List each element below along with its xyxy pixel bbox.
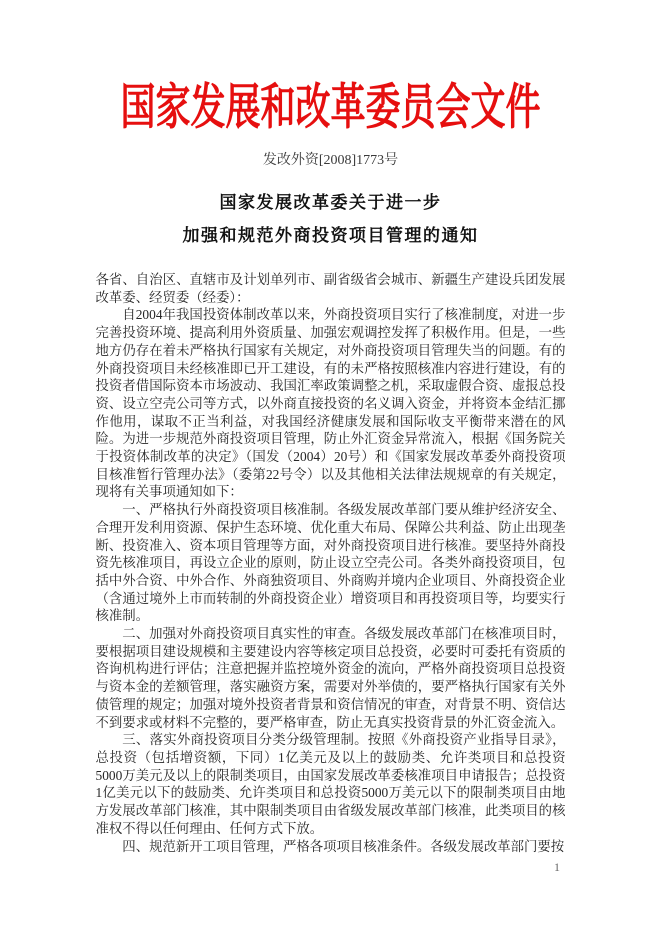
body-paragraph-item-3: 三、落实外商投资项目分类分级管理制。按照《外商投资产业指导目录》，总投资（包括增… xyxy=(96,731,566,837)
recipient-line: 各省、自治区、直辖市及计划单列市、副省级省会城市、新疆生产建设兵团发展改革委、经… xyxy=(96,271,566,306)
agency-letterhead-text: 国家发展和改革委员会文件 xyxy=(120,83,540,132)
document-title-line-1: 国家发展改革委关于进一步 xyxy=(0,186,661,219)
body-paragraph-item-2: 二、加强对外商投资项目真实性的审查。各级发展改革部门在核准项目时，要根据项目建设… xyxy=(96,625,566,731)
document-number: 发改外资[2008]1773号 xyxy=(0,152,661,170)
body-paragraph-item-1: 一、严格执行外商投资项目核准制。各级发展改革部门要从维护经济安全、合理开发利用资… xyxy=(96,501,566,625)
document-body: 各省、自治区、直辖市及计划单列市、副省级省会城市、新疆生产建设兵团发展改革委、经… xyxy=(96,271,566,855)
document-title-line-2: 加强和规范外商投资项目管理的通知 xyxy=(0,219,661,252)
body-paragraph-intro: 自2004年我国投资体制改革以来，外商投资项目实行了核准制度，对进一步完善投资环… xyxy=(96,306,566,501)
body-paragraph-item-4: 四、规范新开工项目管理，严格各项项目核准条件。各级发展改革部门要按 xyxy=(96,838,566,856)
document-page: 国家发展和改革委员会文件 发改外资[2008]1773号 国家发展改革委关于进一… xyxy=(0,0,661,935)
document-title: 国家发展改革委关于进一步 加强和规范外商投资项目管理的通知 xyxy=(0,186,661,252)
page-number: 1 xyxy=(554,860,560,875)
document-letterhead: 国家发展和改革委员会文件 xyxy=(0,83,661,133)
